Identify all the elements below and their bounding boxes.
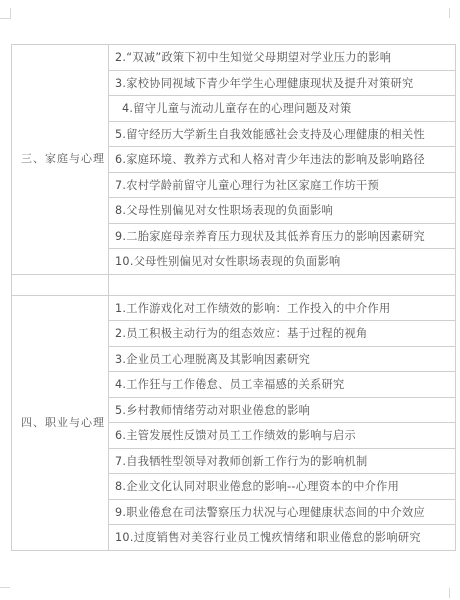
- topic-cell: 4.工作狂与工作倦怠、员工幸福感的关系研究: [109, 372, 456, 398]
- topic-cell: 8.父母性别偏见对女性职场表现的负面影响: [109, 198, 456, 224]
- page-corner-mark: [449, 8, 460, 18]
- page-corner-mark: [449, 588, 460, 598]
- topic-cell: 8.企业文化认同对职业倦怠的影响--心理资本的中介作用: [109, 474, 456, 500]
- category-label: 四、职业与心理: [21, 416, 105, 429]
- topic-cell: 3.企业员工心理脱离及其影响因素研究: [109, 346, 456, 372]
- topic-cell: 5.留守经历大学新生自我效能感社会支持及心理健康的相关性: [109, 121, 456, 147]
- empty-row: [12, 274, 456, 295]
- topic-cell: 10.过度销售对美容行业员工愧疚情绪和职业倦怠的影响研究: [109, 525, 456, 551]
- topics-table: 三、家庭与心理 2.“双减”政策下初中生知觉父母期望对学业压力的影响 3.家校协…: [11, 44, 456, 551]
- topic-cell: 1.工作游戏化对工作绩效的影响：工作投入的中介作用: [109, 295, 456, 321]
- page-corner-mark: [0, 587, 10, 598]
- topic-cell: 5.乡村教师情绪劳动对职业倦怠的影响: [109, 397, 456, 423]
- topic-cell: 6.家庭环境、教养方式和人格对青少年违法的影响及影响路径: [109, 147, 456, 173]
- topic-cell: 6.主管发展性反馈对员工工作绩效的影响与启示: [109, 423, 456, 449]
- topic-cell: 7.农村学龄前留守儿童心理行为社区家庭工作坊干预: [109, 172, 456, 198]
- category-cell-career-psychology: 四、职业与心理: [12, 295, 109, 550]
- category-label: 三、家庭与心理: [21, 152, 105, 165]
- topic-cell: 2.员工积极主动行为的组态效应：基于过程的视角: [109, 321, 456, 347]
- topic-cell: 9.二胎家庭母亲养育压力现状及其低养育压力的影响因素研究: [109, 223, 456, 249]
- topic-cell: 3.家校协同视域下青少年学生心理健康现状及提升对策研究: [109, 70, 456, 96]
- table-row: 三、家庭与心理 2.“双减”政策下初中生知觉父母期望对学业压力的影响: [12, 45, 456, 71]
- table-row: 四、职业与心理 1.工作游戏化对工作绩效的影响：工作投入的中介作用: [12, 295, 456, 321]
- topic-cell: 4.留守儿童与流动儿童存在的心理问题及对策: [109, 96, 456, 122]
- topic-cell: 2.“双减”政策下初中生知觉父母期望对学业压力的影响: [109, 45, 456, 71]
- empty-cell: [109, 274, 456, 295]
- topic-cell: 9.职业倦怠在司法警察压力状况与心理健康状态间的中介效应: [109, 499, 456, 525]
- category-cell-family-psychology: 三、家庭与心理: [12, 45, 109, 275]
- topic-cell: 10.父母性别偏见对女性职场表现的负面影响: [109, 249, 456, 275]
- empty-cell: [12, 274, 109, 295]
- topic-cell: 7.自我牺牲型领导对教师创新工作行为的影响机制: [109, 448, 456, 474]
- page-corner-mark: [0, 8, 11, 19]
